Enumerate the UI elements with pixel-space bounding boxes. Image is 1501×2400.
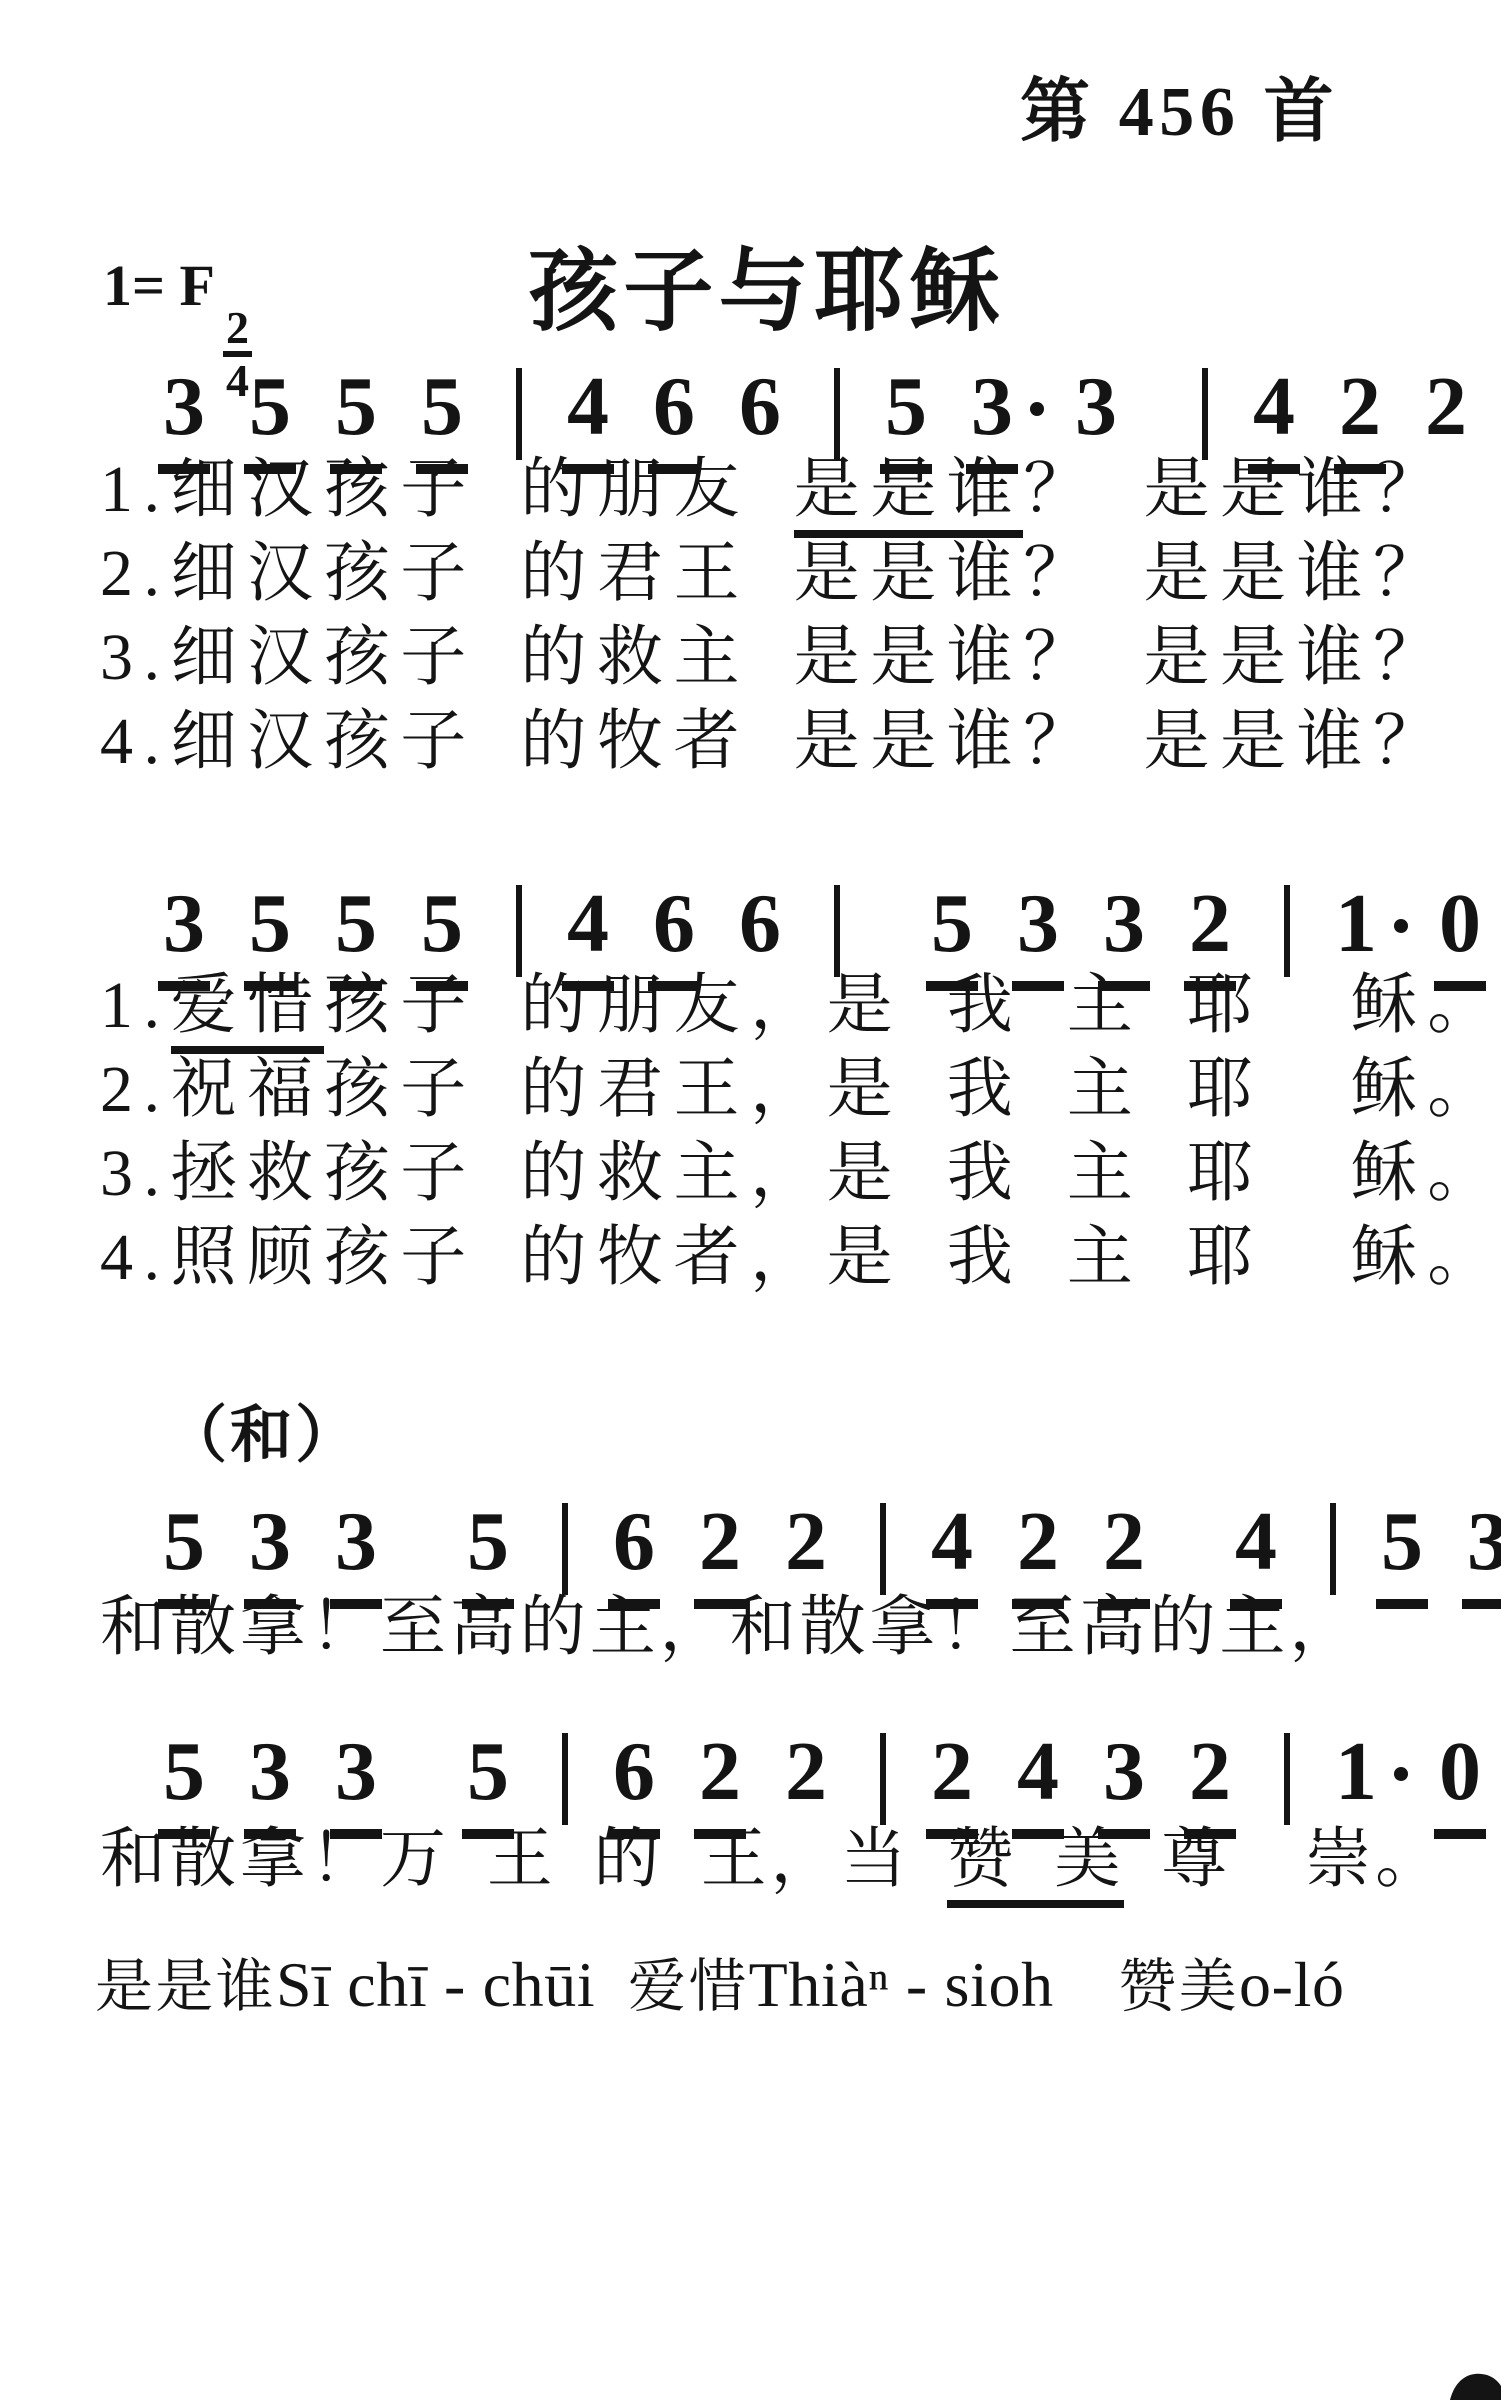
barline [880, 1503, 886, 1595]
chorus-marker: （和） [165, 1385, 360, 1474]
underlined-lyric-segment: 赞 美 [947, 1823, 1124, 1908]
augmentation-dot [1030, 402, 1044, 416]
verse-line: 1.爱惜孩子 的朋友，是 我 主 耶 稣。 [100, 964, 1501, 1048]
lyric-segment: 3.细汉孩子 的救主 是是谁？ 是是谁？ [100, 621, 1450, 694]
hymn-number: 第 456 首 [1020, 55, 1339, 156]
note-3: 3 [1462, 1500, 1501, 1609]
augmentation-dot [1394, 919, 1408, 933]
lyric-segment: 4.细汉孩子 的牧者 是是谁？ 是是谁？ [100, 705, 1450, 778]
lyric-segment: 4.照顾孩子 的牧者，是 我 主 耶 稣。 [100, 1221, 1501, 1294]
lyric-segment: 和散拿！万 王 的 王，当 [100, 1823, 947, 1896]
barline [880, 1733, 886, 1825]
lyric-segment: ？ 是是谁？ [1023, 453, 1449, 526]
corner-cutoff-mark [1447, 2368, 1501, 2400]
verse-line: 3.细汉孩子 的救主 是是谁？ 是是谁？ [100, 616, 1450, 700]
stanza2-verses: 1.爱惜孩子 的朋友，是 我 主 耶 稣。 2.祝福孩子 的君王，是 我 主 耶… [100, 964, 1501, 1300]
lyric-segment: 是是谁 [95, 1954, 276, 2019]
chorus-lyric-line1: 和散拿！至高的主，和散拿！至高的主， [100, 1588, 1359, 1668]
stanza1-verses: 1.细汉孩子 的朋友 是是谁？ 是是谁？ 2.细汉孩子 的君王 是是谁？ 是是谁… [100, 448, 1450, 784]
lyric-segment: 尊 崇。 [1124, 1823, 1445, 1896]
verse-line: 4.细汉孩子 的牧者 是是谁？ 是是谁？ [100, 700, 1450, 784]
lyric-segment: 孩子 的朋友，是 我 主 耶 稣。 [324, 969, 1501, 1042]
lyric-segment: 爱惜 [628, 1954, 749, 2019]
lyric-segment: 3.拯救孩子 的救主，是 我 主 耶 稣。 [100, 1137, 1501, 1210]
page-title: 孩子与耶稣 [0, 218, 1501, 348]
chorus-lyric-line2: 和散拿！万 王 的 王，当 赞 美 尊 崇。 [100, 1820, 1445, 1900]
underlined-lyric-segment: 是是谁 [794, 453, 1024, 538]
underlined-lyric-segment: 爱惜 [171, 969, 324, 1054]
barline [562, 1503, 568, 1595]
lyric-segment: 和散拿！至高的主，和散拿！至高的主， [100, 1591, 1359, 1664]
barline [1330, 1503, 1336, 1595]
augmentation-dot [1394, 1767, 1408, 1781]
verse-line: 2.祝福孩子 的君王，是 我 主 耶 稣。 [100, 1048, 1501, 1132]
lyric-segment: 1.细汉孩子 的朋友 [100, 453, 794, 526]
hymn-sheet-page: 第 456 首 1= F24 孩子与耶稣 3555466533422 1.细汉孩… [0, 0, 1501, 2400]
lyric-segment: 1. [100, 969, 171, 1042]
lyric-segment [1054, 1949, 1119, 2020]
note-5: 5 [1376, 1500, 1428, 1609]
lyric-segment: Thiàⁿ - sioh [749, 1949, 1054, 2020]
verse-line: 2.细汉孩子 的君王 是是谁？ 是是谁？ [100, 532, 1450, 616]
lyric-segment [595, 1949, 628, 2020]
verse-line: 3.拯救孩子 的救主，是 我 主 耶 稣。 [100, 1132, 1501, 1216]
lyric-segment: 2.细汉孩子 的君王 是是谁？ 是是谁？ [100, 537, 1450, 610]
barline [516, 368, 522, 460]
lyric-segment: 赞美 [1118, 1954, 1239, 2019]
barline [834, 368, 840, 460]
pronunciation-guide: 是是谁Sī chī - chūi 爱惜Thiàⁿ - sioh 赞美o-ló [95, 1942, 1345, 2045]
verse-line: 1.细汉孩子 的朋友 是是谁？ 是是谁？ [100, 448, 1450, 532]
lyric-segment: 2.祝福孩子 的君王，是 我 主 耶 稣。 [100, 1053, 1501, 1126]
lyric-segment: o-ló [1239, 1949, 1345, 2020]
barline [1284, 1733, 1290, 1825]
verse-line: 4.照顾孩子 的牧者，是 我 主 耶 稣。 [100, 1216, 1501, 1300]
barline [562, 1733, 568, 1825]
barline [1202, 368, 1208, 460]
lyric-segment: Sī chī - chūi [276, 1949, 595, 2020]
